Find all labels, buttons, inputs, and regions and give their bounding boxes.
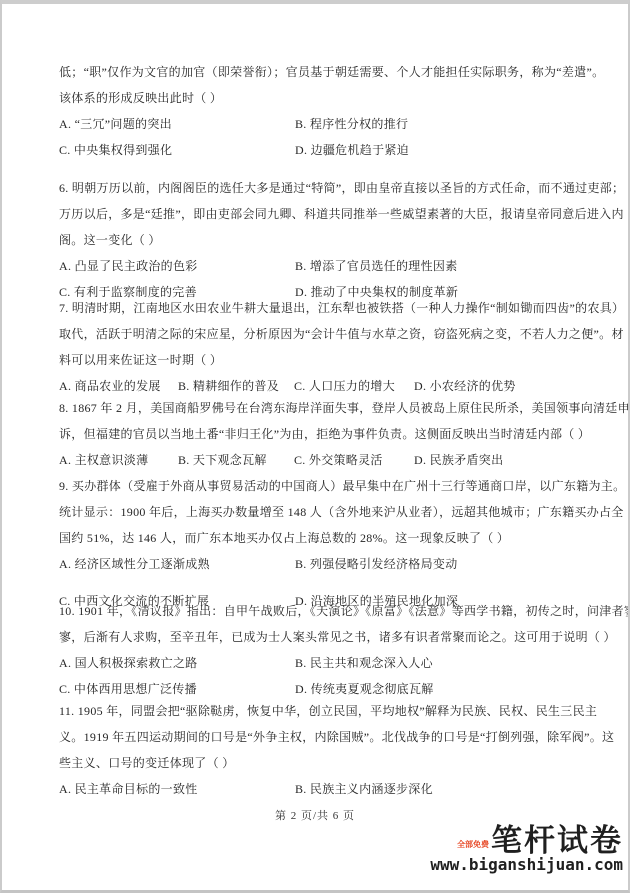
brand-name: 笔杆试卷 [491, 825, 623, 856]
option-a: A. 主权意识淡薄 [59, 447, 178, 473]
option-d: D. 民族矛盾突出 [414, 447, 503, 473]
question-7: 7. 明清时期，江南地区水田农业牛耕大量退出，江东犁也被铁搭（一种人力操作“制如… [59, 295, 628, 399]
option-b: B. 民主共和观念深入人心 [295, 650, 433, 676]
stem-line: 6. 明朝万历以前，内阁阁臣的选任大多是通过“特简”，即由皇帝直接以圣旨的方式任… [59, 175, 628, 201]
option-b: B. 民族主义内涵逐步深化 [295, 776, 433, 802]
stem-line: 低；“职”仅作为文官的加官（即荣誉衔）；官员基于朝廷需要、个人才能担任实际职务，… [59, 59, 628, 85]
stem-line: 7. 明清时期，江南地区水田农业牛耕大量退出，江东犁也被铁搭（一种人力操作“制如… [59, 295, 628, 321]
option-c: C. 外交策略灵活 [294, 447, 414, 473]
option-a: A. 民主革命目标的一致性 [59, 776, 295, 802]
stem-line: 8. 1867 年 2 月，美国商船罗佛号在台湾东海岸洋面失事，登岸人员被岛上原… [59, 395, 628, 421]
options-row: A. 国人积极探索救亡之路B. 民主共和观念深入人心 [59, 650, 628, 676]
stem-line: 诉，但福建的官员以当地土番“非归王化”为由，拒绝为事件负责。这侧面反映出当时清廷… [59, 421, 628, 447]
question-11: 11. 1905 年，同盟会把“驱除鞑虏，恢复中华，创立民国，平均地权”解释为民… [59, 698, 628, 802]
stem-line: 万历以后，多是“廷推”，即由吏部会同九卿、科道共同推举一些威望素著的大臣，报请皇… [59, 201, 628, 227]
stem-line: 阁。这一变化（ ） [59, 227, 628, 253]
question-8: 8. 1867 年 2 月，美国商船罗佛号在台湾东海岸洋面失事，登岸人员被岛上原… [59, 395, 628, 473]
free-badge: 全部免费 [457, 839, 489, 850]
options-row: A. 凸显了民主政治的色彩B. 增添了官员选任的理性因素 [59, 253, 628, 279]
stem-line: 10. 1901 年，《清议报》指出：自甲午战败后，《天演论》《原富》《法意》等… [59, 598, 628, 624]
options-row: A. 主权意识淡薄B. 天下观念瓦解C. 外交策略灵活D. 民族矛盾突出 [59, 447, 628, 473]
options-row: A. “三冗”问题的突出B. 程序性分权的推行 [59, 111, 628, 137]
brand-watermark: 全部免费 笔杆试卷 www.biganshijuan.com [430, 825, 623, 874]
option-b: B. 天下观念瓦解 [178, 447, 294, 473]
stem-line: 些主义、口号的变迁体现了（ ） [59, 750, 628, 776]
stem-line: 11. 1905 年，同盟会把“驱除鞑虏，恢复中华，创立民国，平均地权”解释为民… [59, 698, 628, 724]
stem-line: 该体系的形成反映出此时（ ） [59, 85, 628, 111]
stem-line: 国约 51%，达 146 人，而广东本地买办仅占上海总数的 28%。这一现象反映… [59, 525, 628, 551]
option-a: A. 国人积极探索救亡之路 [59, 650, 295, 676]
options-row: C. 中央集权得到强化D. 边疆危机趋于紧迫 [59, 137, 628, 163]
question-10: 10. 1901 年，《清议报》指出：自甲午战败后，《天演论》《原富》《法意》等… [59, 598, 628, 702]
options-row: A. 经济区域性分工逐渐成熟B. 列强侵略引发经济格局变动 [59, 551, 628, 577]
option-b: B. 增添了官员选任的理性因素 [295, 253, 458, 279]
stem-line: 9. 买办群体（受雇于外商从事贸易活动的中国商人）最早集中在广州十三行等通商口岸… [59, 473, 628, 499]
stem-line: 统计显示：1900 年后，上海买办数量增至 148 人（含外地来沪从业者），远超… [59, 499, 628, 525]
question-5-continuation: 低；“职”仅作为文官的加官（即荣誉衔）；官员基于朝廷需要、个人才能担任实际职务，… [59, 59, 628, 163]
question-9: 9. 买办群体（受雇于外商从事贸易活动的中国商人）最早集中在广州十三行等通商口岸… [59, 473, 628, 614]
option-d: D. 边疆危机趋于紧迫 [295, 137, 409, 163]
brand-top-row: 全部免费 笔杆试卷 [430, 825, 623, 856]
option-a: A. 经济区域性分工逐渐成熟 [59, 551, 295, 577]
option-c: C. 中央集权得到强化 [59, 137, 295, 163]
stem-line: 义。1919 年五四运动期间的口号是“外争主权，内除国贼”。北伐战争的口号是“打… [59, 724, 628, 750]
option-a: A. 凸显了民主政治的色彩 [59, 253, 295, 279]
stem-line: 寥，后渐有人求购，至辛丑年，已成为士人案头常见之书，诸多有识者常聚而论之。这可用… [59, 624, 628, 650]
stem-line: 料可以用来佐证这一时期（ ） [59, 347, 628, 373]
options-row: A. 民主革命目标的一致性B. 民族主义内涵逐步深化 [59, 776, 628, 802]
stem-line: 取代，活跃于明清之际的宋应星，分析原因为“会计牛值与水草之资，窃盗死病之变，不若… [59, 321, 628, 347]
question-6: 6. 明朝万历以前，内阁阁臣的选任大多是通过“特简”，即由皇帝直接以圣旨的方式任… [59, 175, 628, 305]
brand-url: www.biganshijuan.com [430, 856, 623, 874]
option-b: B. 程序性分权的推行 [295, 111, 408, 137]
option-b: B. 列强侵略引发经济格局变动 [295, 551, 458, 577]
exam-paper-page: 低；“职”仅作为文官的加官（即荣誉衔）；官员基于朝廷需要、个人才能担任实际职务，… [0, 0, 630, 893]
option-a: A. “三冗”问题的突出 [59, 111, 295, 137]
